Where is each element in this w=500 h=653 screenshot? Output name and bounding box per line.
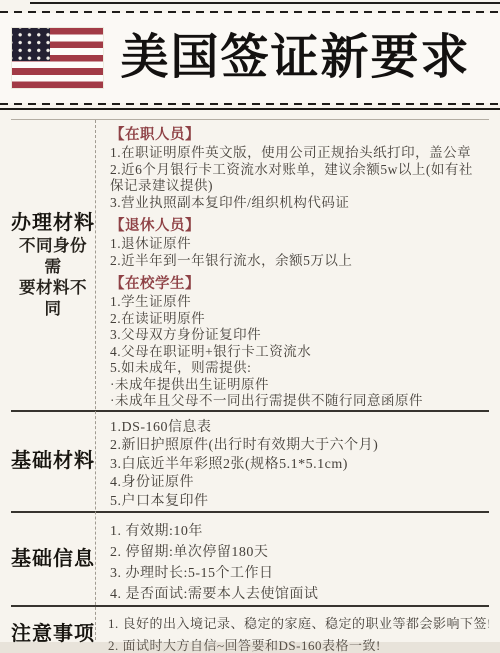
section-label-cell: 基础信息 xyxy=(11,513,95,605)
flag-canton-stars xyxy=(12,28,50,61)
column-divider-dashed-line xyxy=(95,120,96,640)
list-item: 5.如未成年，则需提供: xyxy=(110,360,485,377)
list-item: 1. 良好的出入境记录、稳定的家庭、稳定的职业等都会影响下签! xyxy=(108,613,489,635)
item-list: 1.学生证原件2.在读证明原件3.父母双方身份证复印件4.父母在职证明+银行卡工… xyxy=(110,294,485,410)
section-label: 基础信息 xyxy=(11,547,95,571)
item-list: 1. 有效期:10年2. 停留期:单次停留180天3. 办理时长:5-15个工作… xyxy=(110,521,485,605)
section-application-materials: 办理材料 不同身份需 要材料不同 【在职人员】 1.在职证明原件英文版，使用公司… xyxy=(11,119,489,410)
list-item: 3.父母双方身份证复印件 xyxy=(110,327,485,344)
list-item: 1.学生证原件 xyxy=(110,294,485,311)
list-item: 4.父母在职证明+银行卡工资流水 xyxy=(110,344,485,361)
section-note-line: 不同身份需 xyxy=(11,235,95,277)
list-item: 3.营业执照副本复印件/组织机构代码证 xyxy=(110,195,485,212)
list-item: ·未成年且父母不一同出行需提供不随行同意函原件 xyxy=(110,393,485,410)
list-item: 1.在职证明原件英文版，使用公司正规抬头纸打印，盖公章 xyxy=(110,145,485,162)
list-item: 4.身份证原件 xyxy=(110,474,485,493)
list-item: 1.DS-160信息表 xyxy=(110,419,485,438)
list-item: 2. 停留期:单次停留180天 xyxy=(110,542,485,563)
visa-poster: 美国签证新要求 办理材料 不同身份需 要材料不同 【在职人员】 1.在职证明原件… xyxy=(0,0,500,653)
header-bottom-solid-line xyxy=(0,108,500,110)
section-label: 基础材料 xyxy=(11,449,95,473)
list-item: 4. 是否面试:需要本人去使馆面试 xyxy=(110,584,485,605)
section-label: 办理材料 xyxy=(11,211,95,235)
section-content: 1.DS-160信息表2.新旧护照原件(出行时有效期大于六个月)3.白底近半年彩… xyxy=(95,412,489,512)
poster-header: 美国签证新要求 xyxy=(0,13,500,103)
content-table: 办理材料 不同身份需 要材料不同 【在职人员】 1.在职证明原件英文版，使用公司… xyxy=(11,119,489,652)
section-basic-materials: 基础材料 1.DS-160信息表2.新旧护照原件(出行时有效期大于六个月)3.白… xyxy=(11,410,489,512)
list-item: 5.户口本复印件 xyxy=(110,493,485,512)
group-heading: 【在校学生】 xyxy=(110,275,485,294)
header-bottom-dashed-line xyxy=(0,103,500,105)
list-item: 2.近半年到一年银行流水，余额5万以上 xyxy=(110,253,485,270)
section-content: 1. 有效期:10年2. 停留期:单次停留180天3. 办理时长:5-15个工作… xyxy=(95,513,489,605)
item-list: 1.在职证明原件英文版，使用公司正规抬头纸打印，盖公章2.近6个月银行卡工资流水… xyxy=(110,145,485,211)
page-title: 美国签证新要求 xyxy=(103,34,488,82)
group-employed: 【在职人员】 1.在职证明原件英文版，使用公司正规抬头纸打印，盖公章2.近6个月… xyxy=(110,126,485,211)
list-item: 2.在读证明原件 xyxy=(110,311,485,328)
section-label-cell: 办理材料 不同身份需 要材料不同 xyxy=(11,120,95,410)
group-heading: 【在职人员】 xyxy=(110,126,485,145)
list-item: ·未成年提供出生证明原件 xyxy=(110,377,485,394)
section-note-line: 要材料不同 xyxy=(11,277,95,319)
list-item: 1.退休证原件 xyxy=(110,236,485,253)
item-list: 1.退休证原件2.近半年到一年银行流水，余额5万以上 xyxy=(110,236,485,269)
group-retired: 【退休人员】 1.退休证原件2.近半年到一年银行流水，余额5万以上 xyxy=(110,217,485,269)
item-list: 1.DS-160信息表2.新旧护照原件(出行时有效期大于六个月)3.白底近半年彩… xyxy=(110,419,485,512)
group-heading: 【退休人员】 xyxy=(110,217,485,236)
list-item: 3.白底近半年彩照2张(规格5.1*5.1cm) xyxy=(110,456,485,475)
section-basic-info: 基础信息 1. 有效期:10年2. 停留期:单次停留180天3. 办理时长:5-… xyxy=(11,511,489,605)
top-solid-line xyxy=(30,2,500,4)
bottom-shade xyxy=(0,642,500,653)
list-item: 1. 有效期:10年 xyxy=(110,521,485,542)
list-item: 2.近6个月银行卡工资流水对账单，建议余额5w以上(如有社保记录建议提供) xyxy=(110,162,485,195)
list-item: 2.新旧护照原件(出行时有效期大于六个月) xyxy=(110,437,485,456)
us-flag-icon xyxy=(12,28,103,88)
section-label-cell: 基础材料 xyxy=(11,412,95,512)
list-item: 3. 办理时长:5-15个工作日 xyxy=(110,563,485,584)
group-student: 【在校学生】 1.学生证原件2.在读证明原件3.父母双方身份证复印件4.父母在职… xyxy=(110,275,485,410)
section-content: 【在职人员】 1.在职证明原件英文版，使用公司正规抬头纸打印，盖公章2.近6个月… xyxy=(95,120,489,410)
